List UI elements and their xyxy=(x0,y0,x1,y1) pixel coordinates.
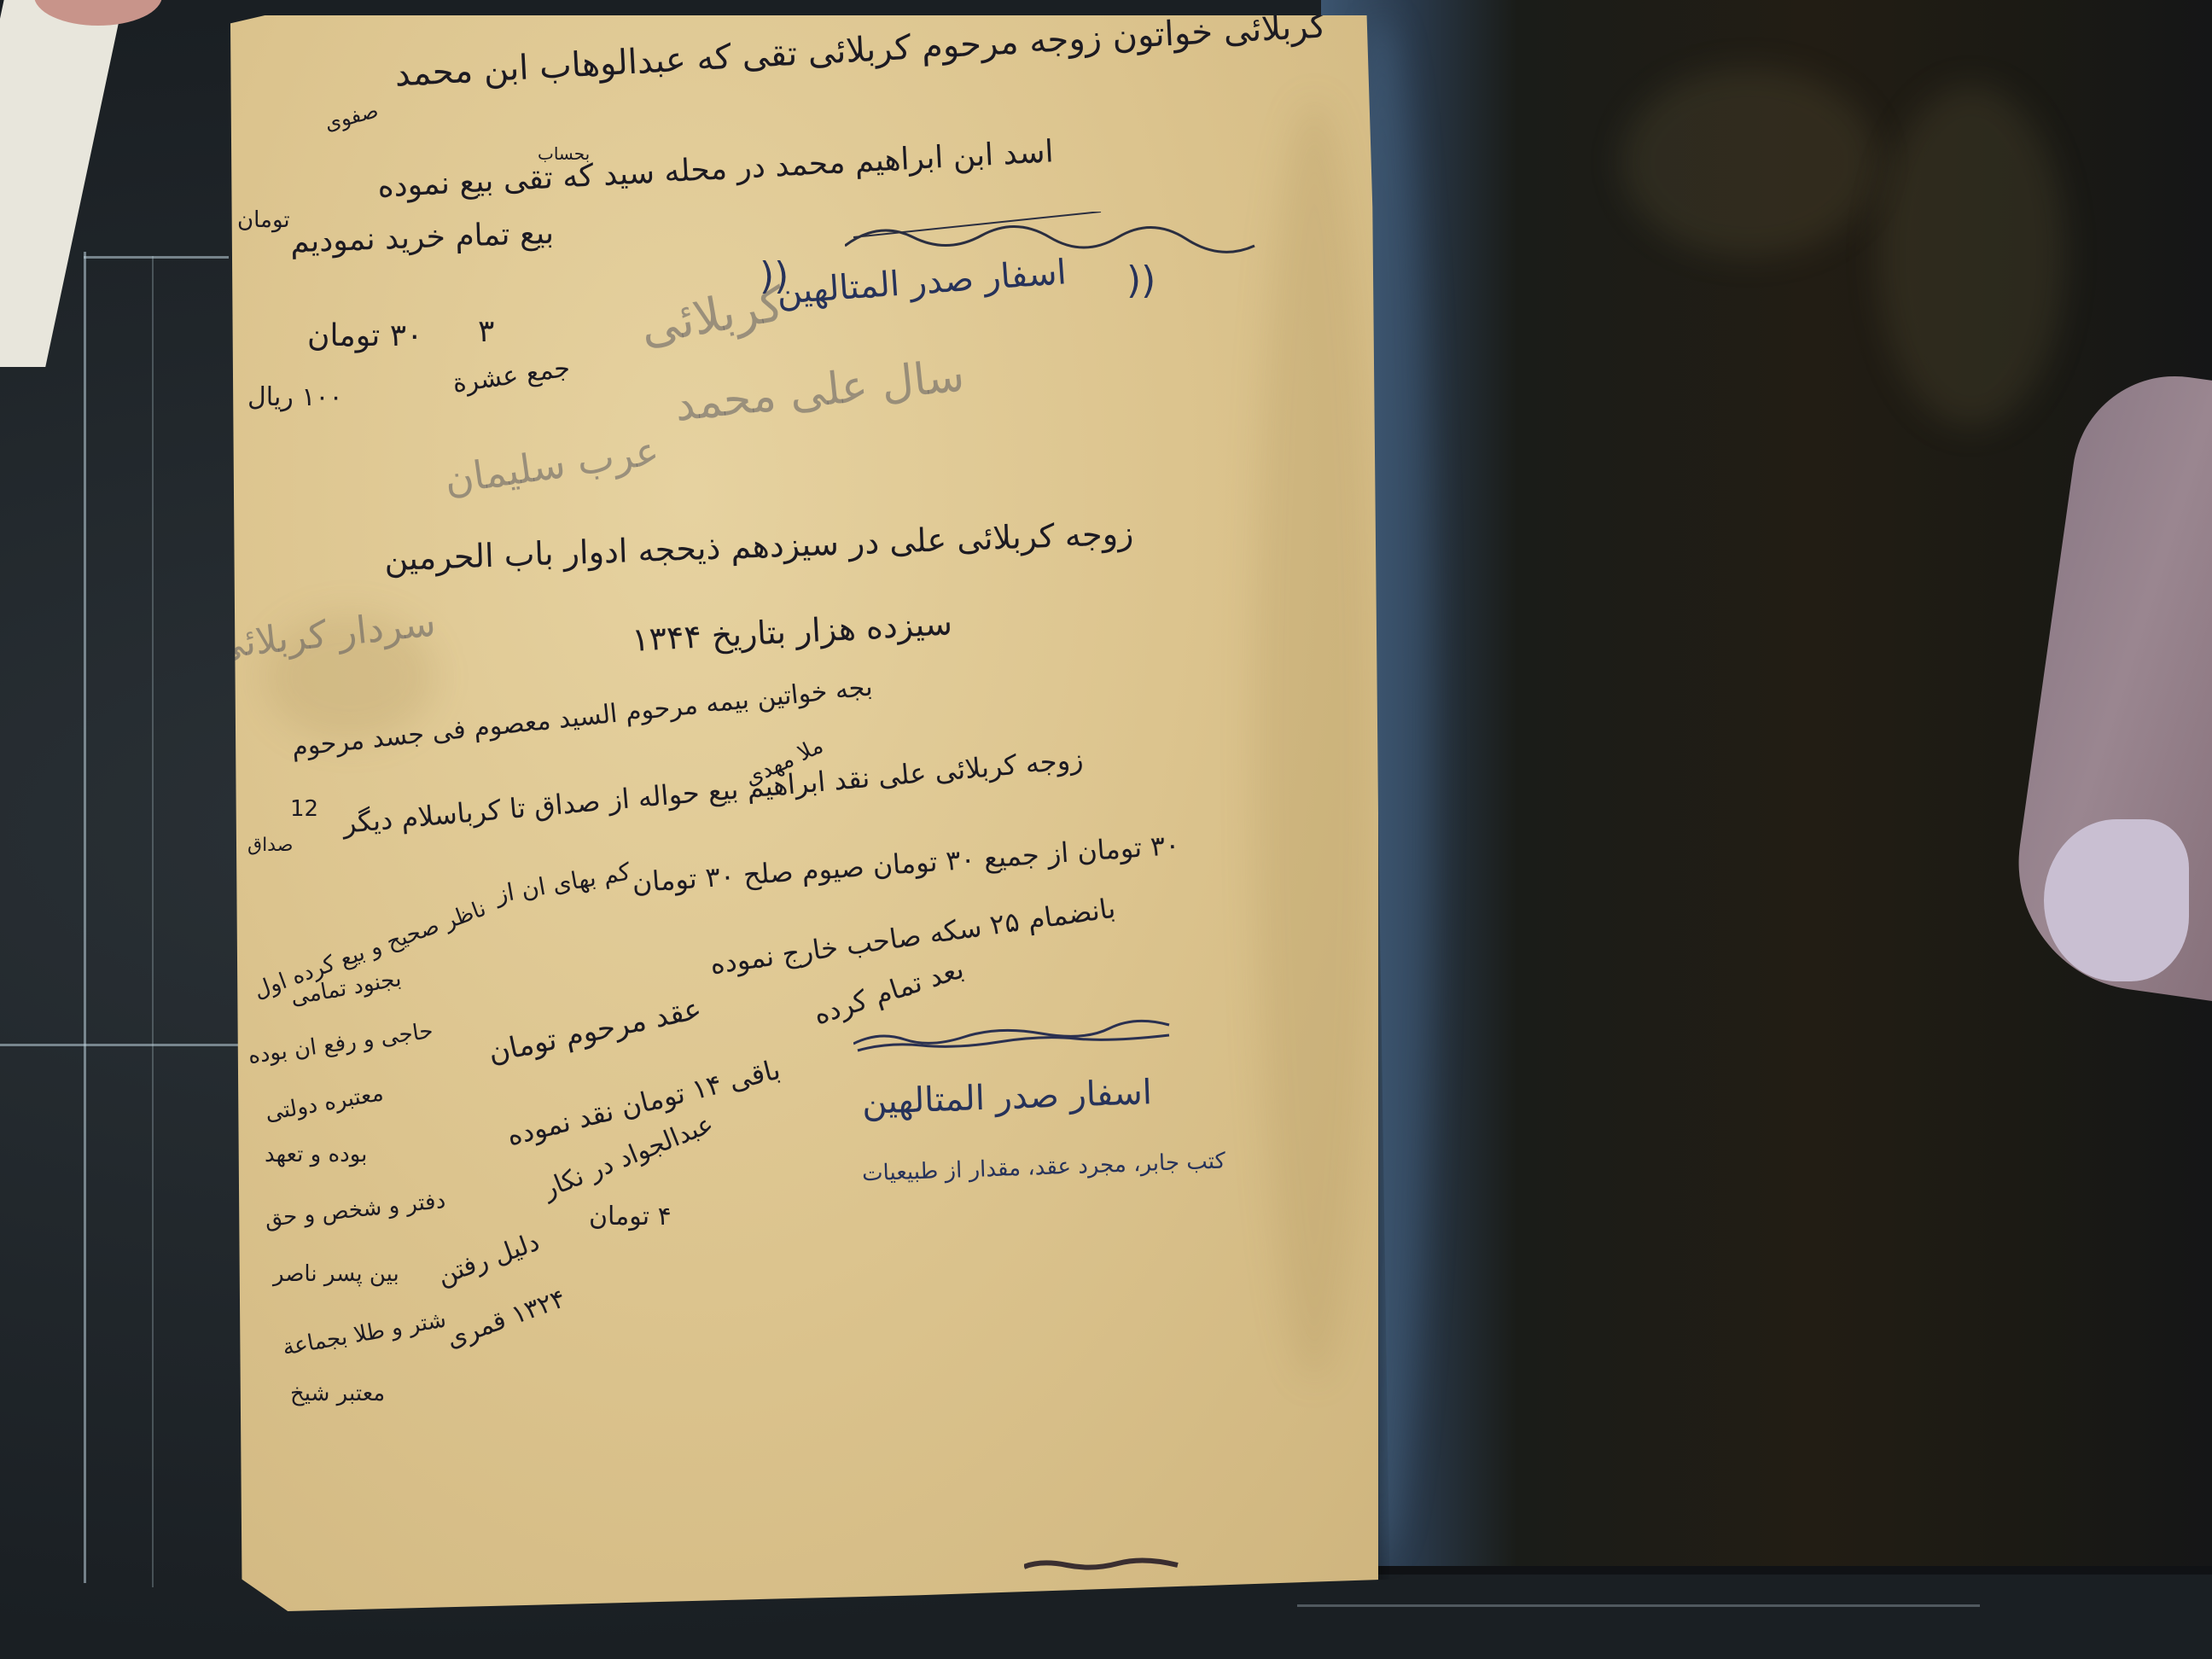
pencil-note-1: کربلائی xyxy=(637,276,789,356)
double-wavy-rule xyxy=(853,1018,1178,1052)
left-col-line-4: معتبره دولتی xyxy=(263,1080,385,1126)
cover-edge xyxy=(1321,1566,2212,1575)
cover-wear xyxy=(1877,85,2065,427)
top-note-line-2: اسد ابن ابراهیم محمد در محله سید که تقی … xyxy=(377,134,1055,204)
top-note-line-1: کربلائی خواتون زوجه مرحوم کربلائی تقی که… xyxy=(394,6,1328,94)
mat-grid-line xyxy=(0,1044,243,1046)
lower-line-3-margin: صداق xyxy=(247,835,293,856)
mat-grid-line xyxy=(84,252,86,1583)
lower-line-3: ۳۰ تومان از جمیع ۳۰ تومان صیوم صلح ۳۰ تو… xyxy=(631,829,1180,899)
middle-note-line-1: زوجه کربلائی علی در سیزدهم ذیحجه ادوار ب… xyxy=(383,515,1133,579)
title-quote-right: (( xyxy=(1126,259,1155,302)
ink-blot xyxy=(1024,1551,1195,1577)
left-col-line-8: شتر و طلا بجماعة xyxy=(281,1307,448,1360)
lower-line-11: ۱۳۲۴ قمری xyxy=(442,1284,569,1354)
cover-wear xyxy=(1621,68,1877,256)
top-note-margin: صفوی xyxy=(322,98,381,136)
middle-note-line-2: سیزده هزار بتاریخ ۱۳۴۴ xyxy=(631,604,953,659)
lower-line-9: ۴ تومان xyxy=(589,1202,672,1231)
paper-stain xyxy=(1254,101,1374,1381)
pencil-note-2: سال علی محمد xyxy=(672,350,967,431)
mat-grid-line xyxy=(152,256,154,1587)
mat-grid-line xyxy=(84,256,229,259)
left-col-line-3: حاجی و رفع ان بوده xyxy=(247,1018,434,1069)
bottom-blue-title: اسفار صدر المتالهین xyxy=(861,1073,1152,1122)
lower-line-2-margin: 12 xyxy=(290,796,318,822)
amount-line-1-right: ۳ xyxy=(478,314,494,349)
bottom-blue-subtitle: کتب جابر، مجرد عقد، مقدار از طبیعیات xyxy=(862,1149,1226,1187)
mat-grid-line xyxy=(1297,1604,1980,1607)
lower-line-10: دلیل رفتن xyxy=(434,1227,544,1291)
fingernail xyxy=(2044,819,2189,981)
left-col-line-9: معتبر شیخ xyxy=(290,1381,385,1406)
left-col-line-7: بین پسر ناصر xyxy=(273,1261,399,1287)
lower-line-2: زوجه کربلائی علی نقد ابراهیم بیع حواله ا… xyxy=(341,742,1085,840)
amount-line-1: ۳۰ تومان xyxy=(307,318,422,353)
manuscript-page: کربلائی خواتون زوجه مرحوم کربلائی تقی که… xyxy=(230,15,1378,1611)
left-col-line-6: دفتر و شخص و حق xyxy=(264,1188,447,1232)
lower-line-3-left: کم بهای ان از xyxy=(493,857,632,908)
top-note-line-3-left: تومان xyxy=(237,207,290,233)
amount-line-2: ۱۰۰ ریال xyxy=(247,382,343,412)
top-note-line-3: بیع تمام خرید نمودیم xyxy=(289,216,554,260)
pencil-note-3: عرب سلیمان xyxy=(441,428,661,504)
lower-line-6: عقد مرحوم تومان xyxy=(486,992,705,1070)
amount-line-2-right: جمع عشرة xyxy=(451,353,572,399)
left-col-line-5: بوده و تعهد xyxy=(265,1142,367,1167)
